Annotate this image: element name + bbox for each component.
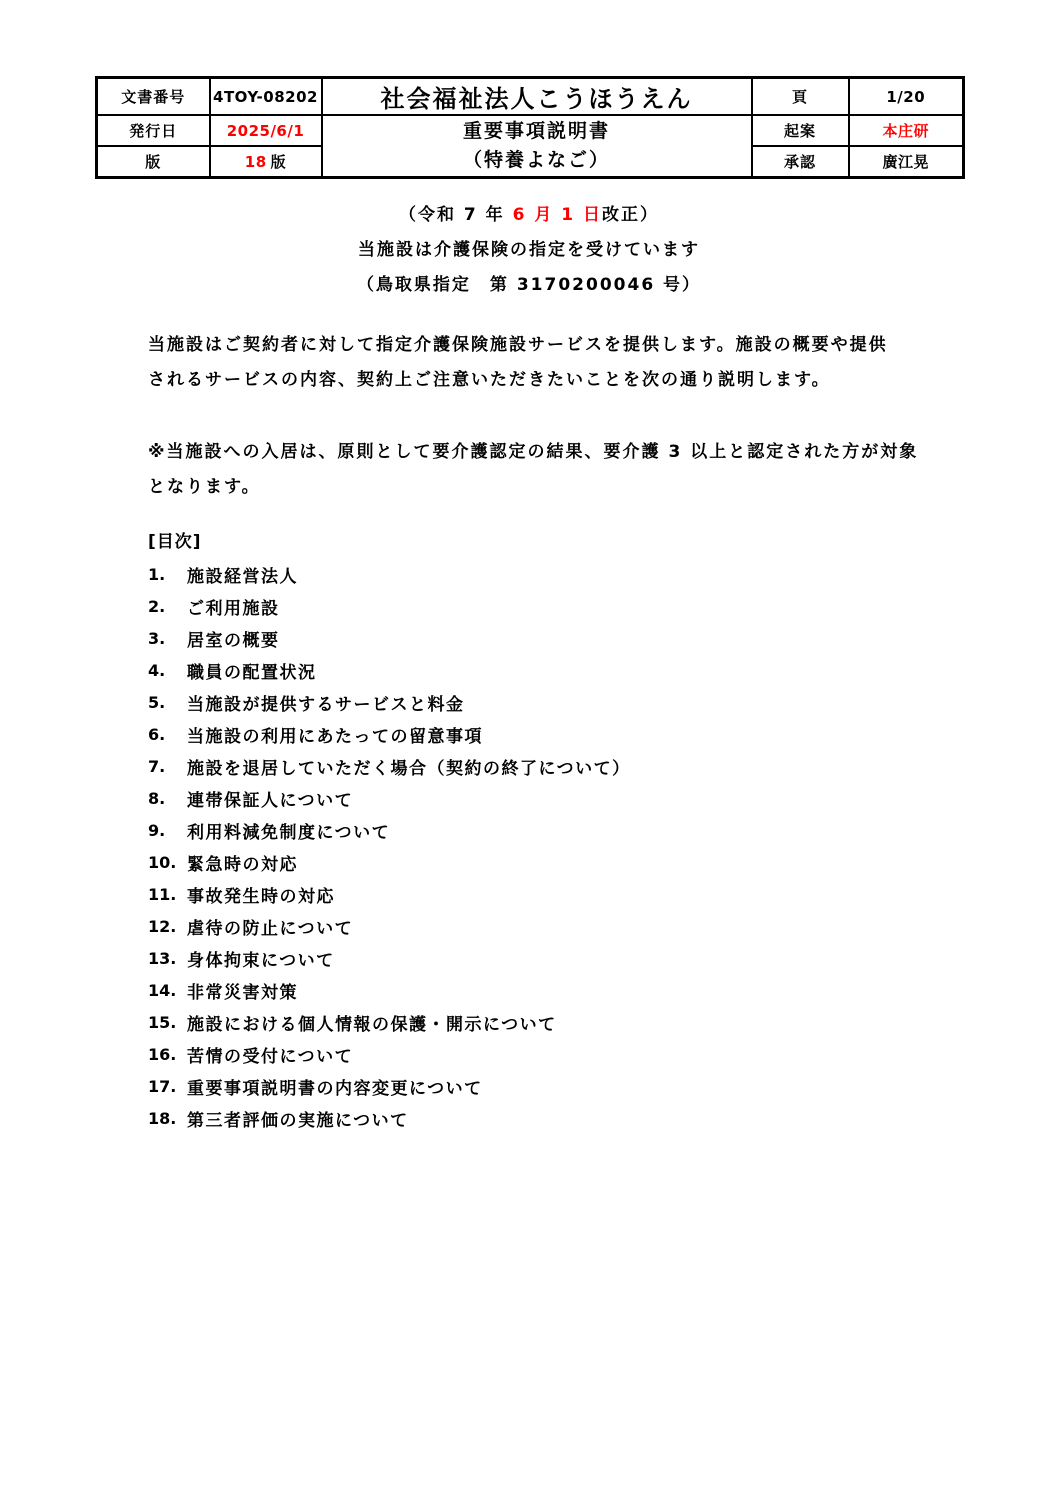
toc-item-number: 3. (148, 629, 187, 648)
toc-item-label: 緊急時の対応 (187, 850, 298, 875)
toc-item-number: 2. (148, 597, 187, 616)
doc-number-value: 4TOY-08202 (210, 78, 322, 116)
toc-list: 1. 施設経営法人 2. ご利用施設 3. 居室の概要 4. 職員の配置状況 5… (148, 558, 928, 1134)
toc-item: 1. 施設経営法人 (148, 558, 928, 590)
approval-label: 承認 (752, 146, 849, 177)
toc-item: 18. 第三者評価の実施について (148, 1102, 928, 1134)
note-paragraph: ※当施設への入居は、原則として要介護認定の結果、要介護 3 以上と認定された方が… (148, 435, 938, 505)
revision-notice-line: （令和 7 年 6 月 1 日改正） (0, 198, 1058, 233)
document-title-cell: 重要事項説明書 （特養よなご） (322, 115, 752, 177)
version-value: 18版 (210, 146, 322, 177)
toc-item: 9. 利用料減免制度について (148, 814, 928, 846)
toc-item: 3. 居室の概要 (148, 622, 928, 654)
toc-item-number: 11. (148, 885, 187, 904)
toc-item-label: 身体拘束について (187, 946, 335, 971)
toc-item: 16. 苦情の受付について (148, 1038, 928, 1070)
version-number: 18 (245, 153, 267, 171)
toc-item-number: 8. (148, 789, 187, 808)
header-row-2: 発行日 2025/6/1 重要事項説明書 （特養よなご） 起案 本庄研 (97, 115, 964, 146)
toc-item: 17. 重要事項説明書の内容変更について (148, 1070, 928, 1102)
draft-label: 起案 (752, 115, 849, 146)
toc-item-label: 利用料減免制度について (187, 818, 390, 843)
toc-item: 15. 施設における個人情報の保護・開示について (148, 1006, 928, 1038)
toc-item-label: 施設経営法人 (187, 562, 298, 587)
toc-item-number: 1. (148, 565, 187, 584)
header-row-1: 文書番号 4TOY-08202 社会福祉法人こうほうえん 頁 1/20 (97, 78, 964, 116)
notice-block: （令和 7 年 6 月 1 日改正） 当施設は介護保険の指定を受けています （鳥… (0, 198, 1058, 303)
note-line-1: ※当施設への入居は、原則として要介護認定の結果、要介護 3 以上と認定された方が… (148, 435, 938, 470)
revision-date-highlight: 6 月 1 日 (513, 205, 602, 225)
toc-item-label: 居室の概要 (187, 626, 280, 651)
toc-item-number: 6. (148, 725, 187, 744)
toc-item-label: 当施設の利用にあたっての留意事項 (187, 722, 483, 747)
page-label: 頁 (752, 78, 849, 116)
toc-item-label: 第三者評価の実施について (187, 1106, 409, 1131)
toc-item: 14. 非常災害対策 (148, 974, 928, 1006)
designation-statement: 当施設は介護保険の指定を受けています (0, 233, 1058, 268)
toc-item-label: 施設における個人情報の保護・開示について (187, 1010, 557, 1035)
toc-item: 5. 当施設が提供するサービスと料金 (148, 686, 928, 718)
doc-number-label: 文書番号 (97, 78, 210, 116)
toc-item-label: 施設を退居していただく場合（契約の終了について） (187, 754, 631, 779)
toc-item: 4. 職員の配置状況 (148, 654, 928, 686)
document-subtitle: （特養よなご） (323, 146, 751, 175)
toc-item-number: 15. (148, 1013, 187, 1032)
document-header-table: 文書番号 4TOY-08202 社会福祉法人こうほうえん 頁 1/20 発行日 … (95, 76, 965, 179)
revision-prefix: （令和 7 年 (399, 205, 513, 225)
toc-item-number: 14. (148, 981, 187, 1000)
toc-item-label: 事故発生時の対応 (187, 882, 335, 907)
toc-item: 8. 連帯保証人について (148, 782, 928, 814)
version-label: 版 (97, 146, 210, 177)
page-value: 1/20 (849, 78, 964, 116)
toc-item: 7. 施設を退居していただく場合（契約の終了について） (148, 750, 928, 782)
document-title: 重要事項説明書 (323, 117, 751, 146)
toc-item: 11. 事故発生時の対応 (148, 878, 928, 910)
toc-item-label: 連帯保証人について (187, 786, 353, 811)
organization-name: 社会福祉法人こうほうえん (322, 78, 752, 116)
toc-item-label: 当施設が提供するサービスと料金 (187, 690, 465, 715)
toc-item-label: 虐待の防止について (187, 914, 353, 939)
revision-suffix: 改正） (602, 205, 659, 225)
draft-value: 本庄研 (849, 115, 964, 146)
toc-item-number: 12. (148, 917, 187, 936)
toc-item-number: 7. (148, 757, 187, 776)
document-page: 文書番号 4TOY-08202 社会福祉法人こうほうえん 頁 1/20 発行日 … (0, 0, 1058, 1497)
toc-item-label: ご利用施設 (187, 594, 280, 619)
toc-item-number: 13. (148, 949, 187, 968)
toc-item: 10. 緊急時の対応 (148, 846, 928, 878)
toc-item-number: 9. (148, 821, 187, 840)
version-unit: 版 (271, 153, 287, 171)
approval-value: 廣江晃 (849, 146, 964, 177)
toc-item-label: 職員の配置状況 (187, 658, 317, 683)
toc-item-number: 10. (148, 853, 187, 872)
toc-item: 13. 身体拘束について (148, 942, 928, 974)
intro-line-2: されるサービスの内容、契約上ご注意いただきたいことを次の通り説明します。 (148, 363, 938, 398)
issue-date-label: 発行日 (97, 115, 210, 146)
toc-title: [目次] (148, 527, 202, 552)
toc-item-label: 非常災害対策 (187, 978, 298, 1003)
note-line-2: となります。 (148, 470, 938, 505)
toc-item: 6. 当施設の利用にあたっての留意事項 (148, 718, 928, 750)
toc-item-number: 5. (148, 693, 187, 712)
designation-number: （鳥取県指定 第 3170200046 号） (0, 268, 1058, 303)
toc-item-label: 苦情の受付について (187, 1042, 353, 1067)
toc-item-number: 16. (148, 1045, 187, 1064)
issue-date-value: 2025/6/1 (210, 115, 322, 146)
toc-item-number: 17. (148, 1077, 187, 1096)
intro-line-1: 当施設はご契約者に対して指定介護保険施設サービスを提供します。施設の概要や提供 (148, 328, 938, 363)
toc-item: 2. ご利用施設 (148, 590, 928, 622)
toc-item: 12. 虐待の防止について (148, 910, 928, 942)
toc-item-number: 4. (148, 661, 187, 680)
intro-paragraph: 当施設はご契約者に対して指定介護保険施設サービスを提供します。施設の概要や提供 … (148, 328, 938, 398)
toc-item-number: 18. (148, 1109, 187, 1128)
toc-item-label: 重要事項説明書の内容変更について (187, 1074, 483, 1099)
